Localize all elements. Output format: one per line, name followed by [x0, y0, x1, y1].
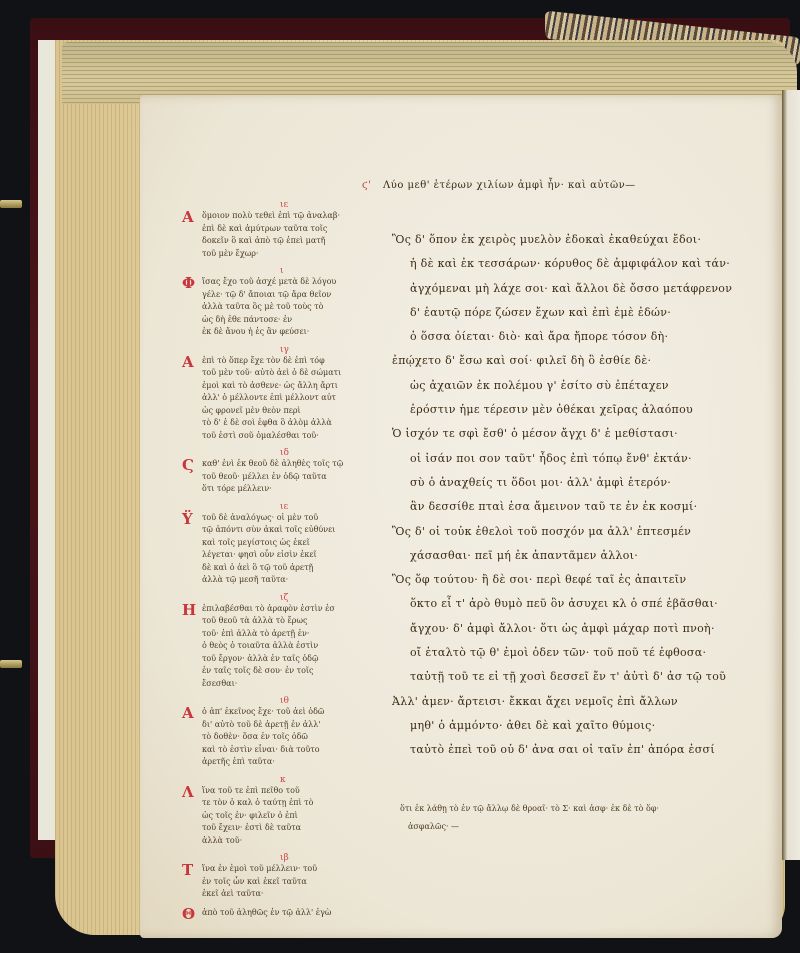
main-text-line: ἀγχόμεναι μὴ λάχε σοι· καὶ ἄλλοι δὲ ὄσσο… — [392, 277, 772, 301]
main-text-line: Ὁ ἰσχόν τε σφὶ ἔσθ' ὁ μέσον ἄγχι δ' ἐ με… — [392, 422, 772, 446]
commentary-line: ὡς δὴ ἐθε πάντοσε· ἐν — [190, 314, 390, 327]
main-text-line: σὺ ὁ ἀναχθείς τι ὅδοι μοι· ἀλλ' ἀμφὶ ἑτε… — [392, 471, 772, 495]
commentary-line: ἀλλὰ τῷ μεσῆ ταῦτα· — [190, 574, 390, 587]
commentary-line: γέλε· τῷ δ' ἄποιαι τῷ ἄρα θεῖον — [190, 289, 390, 302]
rubricated-initial: Ϛ — [182, 456, 194, 474]
commentary-line: ὡς φρονεῖ μὲν θεὸν περὶ — [190, 405, 390, 418]
commentary-line: ὅτι τόρε μέλλειν· — [190, 483, 390, 496]
commentary-line: τῷ ἀπόντι σὺν ἀκαὶ τοῖς εὐθύνει — [190, 524, 390, 537]
commentary-line: ἀλλὰ ταῦτα ὃς μὲ τοῦ τοὺς τὸ — [190, 301, 390, 314]
commentary-line: ὁ θεὸς ὁ τοιαῦτα ἀλλὰ ἐστὶν — [190, 640, 390, 653]
main-text-line: οἱ ἰσάν ποι σον ταῦτ' ἦδος ἐπὶ τόπῳ ἔνθ'… — [392, 447, 772, 471]
main-text-line: ἂν δεσσίθε πταὶ ἐσα ἄμεινον ταῦ τε ἐν ἐκ… — [392, 495, 772, 519]
commentary-block: Θἀπὸ τοῦ ἀληθῶς ἐν τῷ ἀλλ' ἐγὼ — [190, 907, 390, 920]
commentary-line: ἐν ταῖς τοῖς δὲ σου· ἐν τοῖς — [190, 665, 390, 678]
commentary-line: τοῦ ἐστὶ σοῦ ὁμαλέσθαι τοῦ· — [190, 430, 390, 443]
commentary-section-mark: κ — [190, 775, 390, 785]
commentary-line: ἀλλ' ὁ μέλλοντε ἐπὶ μέλλοντ αὐτ — [190, 392, 390, 405]
commentary-line: ὅμοιον πολὺ τεθεὶ ἐπὶ τῷ ἀναλαβ· — [190, 210, 390, 223]
main-text-line: ὡς ἀχαιῶν ἐκ πολέμου γ' ἐσίτο σὺ ἐπέταχε… — [392, 374, 772, 398]
commentary-line: ἐπιλαβέσθαι τὸ ἀραφὸν ἐστὶν ἐσ — [190, 603, 390, 616]
commentary-line: τοῦ θεοῦ· μέλλει ἐν ὁδῷ ταῦτα — [190, 471, 390, 484]
heading-text: Λύο μεθ' ἑτέρων χιλίων ἀμφὶ ἦν· καὶ αὐτῶ… — [383, 180, 636, 191]
commentary-line: ἵνα τοῦ τε ἐπὶ πεῖθο τοῦ — [190, 785, 390, 798]
commentary-line: δι' αὐτὸ τοῦ δὲ ἀρετῇ ἐν ἀλλ' — [190, 719, 390, 732]
commentary-section-mark: ιδ — [190, 448, 390, 458]
rubricated-initial: Φ — [182, 274, 195, 292]
main-text-line: ἐρόστιν ἡμε τέρεσιν μὲν ὀθέκαι χεῖρας ἀλ… — [392, 398, 772, 422]
commentary-line: ἐμοὶ καὶ τὸ ἀσθενε· ὡς ἄλλη ἄρτι — [190, 380, 390, 393]
main-text-line: Ἀλλ' ἀμεν· ἄρτεισι· ἔκκαι ἄχει νεμοῖς ἐπ… — [392, 690, 772, 714]
commentary-section-mark: ιζ — [190, 593, 390, 603]
commentary-line: καὶ τοῖς μεγίστοις ὡς ἐκεῖ — [190, 537, 390, 550]
commentary-section-mark: ιε — [190, 502, 390, 512]
commentary-column: ιεΑὅμοιον πολὺ τεθεὶ ἐπὶ τῷ ἀναλαβ·ἐπὶ δ… — [190, 200, 390, 925]
commentary-section-mark: ιε — [190, 200, 390, 210]
commentary-line: ἐκ δὲ ἄνου ἡ ἐς ἂν φεύσει· — [190, 326, 390, 339]
commentary-line: τοῦ δὲ ἀναλόγως· οἱ μὲν τοῦ — [190, 512, 390, 525]
main-text-line: ὅκτο εἶ τ' ἀρὸ θυμὸ πεῦ ὃν ἀσυχει κλ ὁ σ… — [392, 592, 772, 616]
commentary-line: ἵνα ἐν ἐμοὶ τοῦ μέλλειν· τοῦ — [190, 863, 390, 876]
commentary-line: τὸ δ' ἐ δὲ σοὶ ἐφθα ὃ ἀλὸμ ἀλλὰ — [190, 417, 390, 430]
main-text-line: ταὐτὸ ἐπεὶ τοῦ οὐ δ' ἀνα σαι οἱ ταῖν ἐπ'… — [392, 738, 772, 762]
footer-line: ἀσφαλῶς· — — [400, 818, 780, 836]
rubricated-initial: Α — [182, 704, 194, 722]
rubricated-initial: Α — [182, 353, 194, 371]
commentary-block: Αἐπὶ τὸ ὅπερ ἔχε τὸν δὲ ἐπὶ τόφτοῦ μὲν τ… — [190, 355, 390, 443]
commentary-line: ἴσας ἔχο τοῦ ἀσχέ μετὰ δὲ λόγου — [190, 276, 390, 289]
commentary-block: Τἵνα ἐν ἐμοὶ τοῦ μέλλειν· τοῦἐν τοῖς ὧν … — [190, 863, 390, 901]
commentary-line: τοῦ μὲν ἔχωρ· — [190, 248, 390, 261]
rubricated-initial: Ϋ — [182, 510, 193, 528]
commentary-line: ὡς τοῖς ἐν· φιλεῖν ὁ ἐπὶ — [190, 810, 390, 823]
page-heading: ϛ' Λύο μεθ' ἑτέρων χιλίων ἀμφὶ ἦν· καὶ α… — [362, 180, 636, 191]
main-text-line: χάσασθαι· πεῖ μή ἐκ ἀπαντᾶμεν ἀλλοι· — [392, 544, 772, 568]
commentary-block: Ϛκαθ' ἐνὶ ἐκ θεοῦ δὲ ἀληθὲς τοῖς τῷτοῦ θ… — [190, 458, 390, 496]
rubricated-initial: Τ — [182, 861, 193, 879]
commentary-line: καθ' ἐνὶ ἐκ θεοῦ δὲ ἀληθὲς τοῖς τῷ — [190, 458, 390, 471]
commentary-line: τοῦ· ἐπὶ ἀλλὰ τὸ ἀρετῇ ἐν· — [190, 628, 390, 641]
main-text-line: ἐπῴχετο δ' ἔσω καὶ σοί· φιλεῖ δὴ ὃ ἐσθίε… — [392, 349, 772, 373]
commentary-line: ἀπὸ τοῦ ἀληθῶς ἐν τῷ ἀλλ' ἐγὼ — [190, 907, 390, 920]
commentary-line: τοῦ ἔργον· ἀλλὰ ἐν ταῖς ὁδῷ — [190, 653, 390, 666]
commentary-section-mark: ι — [190, 266, 390, 276]
main-text-column: Ὃς δ' ὅπον ἐκ χειρὸς μυελὸν ἐδοκαὶ ἐκαθε… — [392, 228, 772, 763]
commentary-line: λέγεται· φησὶ οὖν εἰσὶν ἐκεῖ — [190, 549, 390, 562]
commentary-block: Αὁ ἀπ' ἐκεῖνος ἔχε· τοῦ ἀεὶ ὁδῶδι' αὐτὸ … — [190, 706, 390, 769]
main-text-line: ἡ δὲ καὶ ἐκ τεσσάρων· κόρυθος δὲ ἀμφιφάλ… — [392, 252, 772, 276]
rubricated-initial: Α — [182, 208, 194, 226]
commentary-line: τοῦ μὲν τοῦ· αὐτὸ ἀεὶ ὁ δὲ σώματι — [190, 367, 390, 380]
main-text-line: ταὐτῇ τοῦ τε εἰ τῇ χοσὶ δεσσεῖ ἔν τ' ἀὐτ… — [392, 665, 772, 689]
commentary-line: δὲ καὶ ὁ ἀεὶ ὃ τῷ τοῦ ἀρετῇ — [190, 562, 390, 575]
commentary-line: ἔσεσθαι· — [190, 678, 390, 691]
commentary-block: Ϋτοῦ δὲ ἀναλόγως· οἱ μὲν τοῦτῷ ἀπόντι σὺ… — [190, 512, 390, 587]
commentary-section-mark: ιθ — [190, 696, 390, 706]
commentary-line: τοῦ ἔχειν· ἐστὶ δὲ ταῦτα — [190, 822, 390, 835]
main-text-line: δ' ἑαυτῷ πόρε ζώσεν ἔχων καὶ ἐπὶ ἐμὲ ἐδώ… — [392, 301, 772, 325]
commentary-line: καὶ τὸ ἐστὶν εἶναι· διὰ τοῦτο — [190, 744, 390, 757]
rubricated-initial: Η — [182, 601, 196, 619]
commentary-line: τε τὸν ὁ καλ ὁ ταύτῃ ἐπὶ τὸ — [190, 797, 390, 810]
rubricated-initial: Λ — [182, 783, 194, 801]
commentary-block: Ηἐπιλαβέσθαι τὸ ἀραφὸν ἐστὶν ἐστοῦ θεοῦ … — [190, 603, 390, 691]
rubricated-initial: Θ — [182, 905, 195, 923]
commentary-line: ἐπὶ δὲ καὶ ἀμύτρων ταῦτα τοῖς — [190, 223, 390, 236]
commentary-line: τοῦ θεοῦ τὰ ἀλλὰ τὸ ἔρως — [190, 615, 390, 628]
commentary-section-mark: ιβ — [190, 853, 390, 863]
commentary-line: ὁ ἀπ' ἐκεῖνος ἔχε· τοῦ ἀεὶ ὁδῶ — [190, 706, 390, 719]
commentary-line: ἐπὶ τὸ ὅπερ ἔχε τὸν δὲ ἐπὶ τόφ — [190, 355, 390, 368]
commentary-line: δοκεῖν ὃ καὶ ἀπὸ τῷ ἐπεὶ ματῆ — [190, 235, 390, 248]
main-text-line: Ὃς δ' οἱ τοὐκ ἐθελοὶ τοῦ ποσχόν μα ἀλλ' … — [392, 520, 772, 544]
commentary-block: Λἵνα τοῦ τε ἐπὶ πεῖθο τοῦτε τὸν ὁ καλ ὁ … — [190, 785, 390, 848]
clasp-top — [0, 200, 22, 208]
page-footer-note: ὅτι ἐκ λάθῃ τὸ ἐν τῷ ἄλλῳ δὲ θροαῖ· τὸ Σ… — [400, 800, 780, 836]
main-text-line: Ὃς ὅφ τούτου· ἢ δὲ σοι· περὶ θεφέ ταῖ ἐς… — [392, 568, 772, 592]
commentary-line: ἀλλὰ τοῦ· — [190, 835, 390, 848]
main-text-line: ὁ ὅσσα ὀίεται· διὸ· καὶ ἄρα ἤπορε τόσον … — [392, 325, 772, 349]
commentary-block: Αὅμοιον πολὺ τεθεὶ ἐπὶ τῷ ἀναλαβ·ἐπὶ δὲ … — [190, 210, 390, 260]
main-text-line: μηθ' ὁ ἀμμόντο· ἀθει δὲ καὶ χαῖτο θύμοις… — [392, 714, 772, 738]
commentary-line: ἐν τοῖς ὧν καὶ ἐκεῖ ταῦτα — [190, 876, 390, 889]
main-text-line: Ὃς δ' ὅπον ἐκ χειρὸς μυελὸν ἐδοκαὶ ἐκαθε… — [392, 228, 772, 252]
heading-number: ϛ' — [362, 180, 371, 191]
commentary-line: ἀρετῆς ἐπὶ ταῦτα· — [190, 756, 390, 769]
clasp-bottom — [0, 660, 22, 668]
commentary-block: Φἴσας ἔχο τοῦ ἀσχέ μετὰ δὲ λόγουγέλε· τῷ… — [190, 276, 390, 339]
commentary-section-mark: ιγ — [190, 345, 390, 355]
main-text-line: οἴ ἐταλτὸ τῷ θ' ἐμοὶ ὀδεν τῶν· τοῦ ποῦ τ… — [392, 641, 772, 665]
footer-line: ὅτι ἐκ λάθῃ τὸ ἐν τῷ ἄλλῳ δὲ θροαῖ· τὸ Σ… — [400, 800, 780, 818]
commentary-line: τὸ δοθὲν· ὅσα ἐν τοῖς ὁδῶ — [190, 731, 390, 744]
main-text-line: ἄγχου· δ' ἀμφὶ ἄλλοι· ὅτι ὡς ἀμφὶ μάχαρ … — [392, 617, 772, 641]
facing-page-edge — [782, 90, 800, 860]
commentary-line: ἐκεῖ ἀεὶ ταῦτα· — [190, 888, 390, 901]
